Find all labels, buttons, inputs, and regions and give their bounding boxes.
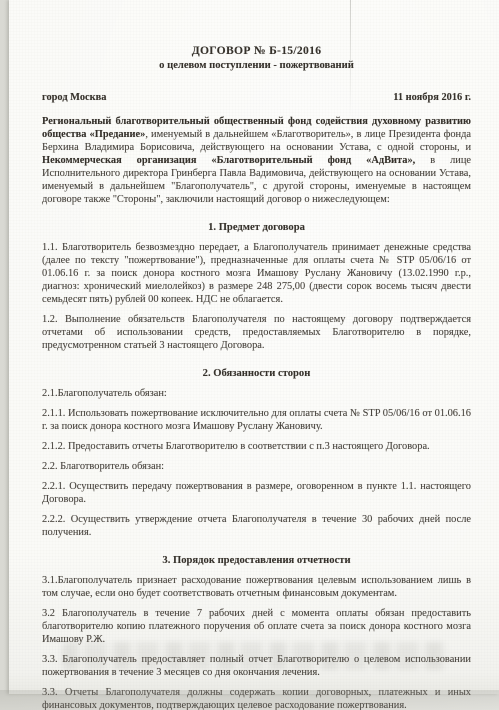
clause-3-2: 3.2 Благополучатель в течение 7 рабочих …	[42, 607, 471, 646]
clause-2-1-1: 2.1.1. Использовать пожертвование исключ…	[42, 407, 471, 433]
document-date: 11 ноября 2016 г.	[393, 91, 471, 104]
intro-paragraph: Региональный благотворительный обществен…	[42, 115, 471, 206]
clause-2-2-1: 2.2.1. Осуществить передачу пожертвовани…	[42, 480, 471, 506]
city-date-row: город Москва 11 ноября 2016 г.	[42, 91, 471, 104]
scan-fold-artifact	[350, 0, 351, 118]
party-2-name: Некоммерческая организация «Благотворите…	[42, 155, 415, 166]
clause-1-1: 1.1. Благотворитель безвозмездно передае…	[42, 241, 471, 306]
bleed-through-artifact	[62, 642, 448, 670]
clause-2-2: 2.2. Благотворитель обязан:	[42, 460, 471, 473]
section-heading-3: 3. Порядок предоставления отчетности	[42, 554, 471, 567]
scanned-document: { "colors": { "paper": "#fbfbf8", "ink":…	[0, 0, 499, 710]
document-title: ДОГОВОР № Б-15/2016	[42, 44, 471, 57]
page-bottom-shadow	[0, 690, 499, 710]
clause-2-2-2: 2.2.2. Осуществить утверждение отчета Бл…	[42, 513, 471, 539]
section-heading-2: 2. Обязанности сторон	[42, 367, 471, 380]
clause-1-2: 1.2. Выполнение обязательств Благополуча…	[42, 313, 471, 352]
clause-2-1: 2.1.Благополучатель обязан:	[42, 387, 471, 400]
document-page: ДОГОВОР № Б-15/2016 о целевом поступлени…	[9, 0, 499, 694]
section-heading-1: 1. Предмет договора	[42, 221, 471, 234]
document-subtitle: о целевом поступлении - пожертвований	[42, 59, 471, 72]
document-city: город Москва	[42, 91, 106, 104]
clause-2-1-2: 2.1.2. Предоставить отчеты Благотворител…	[42, 440, 471, 453]
clause-3-1: 3.1.Благополучатель признает расходовани…	[42, 574, 471, 600]
